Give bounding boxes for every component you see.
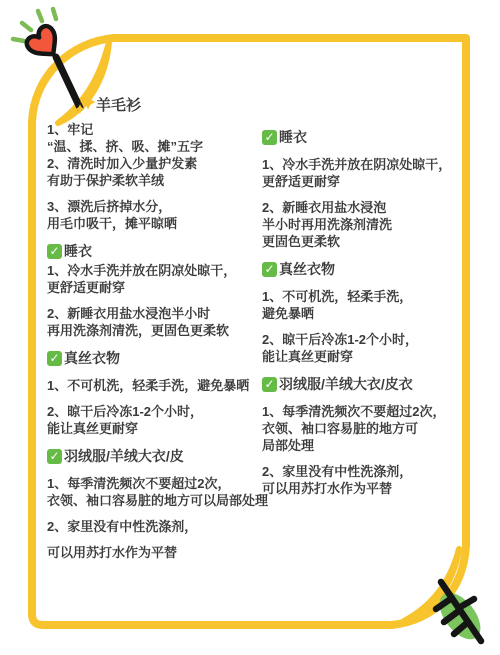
check-icon: ✓ — [47, 244, 62, 259]
section-label: 真丝衣物 — [279, 259, 335, 279]
care-tip-item: 1、冷水手洗并放在阴凉处晾干，更舒适更耐穿 — [262, 156, 467, 190]
tip-line: 半小时再用洗涤剂清洗 — [262, 216, 467, 233]
check-icon: ✓ — [262, 262, 277, 277]
section-heading: ✓睡衣 — [262, 127, 467, 147]
care-tip-item: 1、不可机洗，轻柔手洗，避免暴晒 — [47, 377, 261, 394]
tip-line: 1、每季清洗频次不要超过2次， — [262, 403, 467, 420]
section-block: ✓真丝衣物 — [47, 348, 261, 368]
tip-line: 避免暴晒 — [262, 305, 467, 322]
section-block: ✓羽绒服/羊绒大衣/皮衣 — [262, 374, 467, 394]
tip-line: 2、清洗时加入少量护发素 — [47, 155, 261, 172]
section-label: 睡衣 — [279, 127, 307, 147]
care-tip-item: 可以用苏打水作为平替 — [47, 544, 261, 561]
tip-line: 1、不可机洗，轻柔手洗，避免暴晒 — [47, 377, 261, 394]
check-icon: ✓ — [47, 449, 62, 464]
care-note-card: 羊毛衫 1、牢记“温、揉、挤、吸、摊”五字2、清洗时加入少量护发素有助于保护柔软… — [0, 0, 500, 655]
section-block: ✓睡衣1、冷水手洗并放在阴凉处晾干，更舒适更耐穿 — [47, 241, 261, 296]
care-tip-item: 2、家里没有中性洗涤剂， — [47, 518, 261, 535]
page-title: 羊毛衫 — [77, 94, 141, 115]
leaf-branch-icon — [432, 582, 489, 647]
tip-line: 能让真丝更耐穿 — [262, 348, 467, 365]
tip-line: 2、新睡衣用盐水浸泡半小时 — [47, 305, 261, 322]
tip-line: 2、家里没有中性洗涤剂， — [47, 518, 261, 535]
care-tip-item: 1、牢记“温、揉、挤、吸、摊”五字2、清洗时加入少量护发素有助于保护柔软羊绒 — [47, 121, 261, 189]
section-block: ✓羽绒服/羊绒大衣/皮 — [47, 446, 261, 466]
check-icon: ✓ — [262, 377, 277, 392]
sparkle-dashes — [13, 9, 56, 41]
section-label: 真丝衣物 — [64, 348, 120, 368]
tip-line: 可以用苏打水作为平替 — [47, 544, 261, 561]
heart-cursor-icon — [13, 9, 80, 108]
section-heading: ✓睡衣 — [47, 241, 261, 261]
section-heading: ✓真丝衣物 — [262, 259, 467, 279]
care-tip-item: 2、新睡衣用盐水浸泡半小时再用洗涤剂清洗，更固色更柔软 — [47, 305, 261, 339]
care-tip-item: 1、每季清洗频次不要超过2次，衣领、袖口容易脏的地方可局部处理 — [262, 403, 467, 454]
tip-line: 1、冷水手洗并放在阴凉处晾干， — [47, 262, 261, 279]
tip-line: 更固色更柔软 — [262, 233, 467, 250]
section-heading: ✓真丝衣物 — [47, 348, 261, 368]
tip-line: 再用洗涤剂清洗，更固色更柔软 — [47, 322, 261, 339]
page-title-text: 羊毛衫 — [96, 94, 141, 115]
section-block: ✓真丝衣物 — [262, 259, 467, 279]
tip-line: 2、晾干后冷冻1-2个小时， — [262, 331, 467, 348]
section-heading: ✓羽绒服/羊绒大衣/皮 — [47, 446, 261, 466]
section-heading: ✓羽绒服/羊绒大衣/皮衣 — [262, 374, 467, 394]
tip-line: 衣领、袖口容易脏的地方可以局部处理 — [47, 492, 261, 509]
tips-column-right: ✓睡衣1、冷水手洗并放在阴凉处晾干，更舒适更耐穿2、新睡衣用盐水浸泡半小时再用洗… — [262, 127, 467, 506]
tips-column-left: 1、牢记“温、揉、挤、吸、摊”五字2、清洗时加入少量护发素有助于保护柔软羊绒3、… — [47, 121, 261, 570]
check-icon: ✓ — [262, 130, 277, 145]
tip-line: 1、冷水手洗并放在阴凉处晾干， — [262, 156, 467, 173]
care-tip-item: 1、不可机洗，轻柔手洗，避免暴晒 — [262, 288, 467, 322]
tip-line: 1、牢记 — [47, 121, 261, 138]
tip-line: 衣领、袖口容易脏的地方可 — [262, 420, 467, 437]
tip-line: 可以用苏打水作为平替 — [262, 480, 467, 497]
care-tip-item: 3、漂洗后挤掉水分，用毛巾吸干，摊平晾晒 — [47, 198, 261, 232]
section-block: ✓睡衣 — [262, 127, 467, 147]
tip-line: 更舒适更耐穿 — [47, 279, 261, 296]
tip-line: 1、不可机洗，轻柔手洗， — [262, 288, 467, 305]
check-icon: ✓ — [47, 351, 62, 366]
section-label: 羽绒服/羊绒大衣/皮 — [64, 446, 184, 466]
sparkles-icon-spacer — [77, 96, 95, 114]
tip-line: 2、家里没有中性洗涤剂， — [262, 463, 467, 480]
tip-line: 局部处理 — [262, 437, 467, 454]
care-tip-item: 2、新睡衣用盐水浸泡半小时再用洗涤剂清洗更固色更柔软 — [262, 199, 467, 250]
section-label: 羽绒服/羊绒大衣/皮衣 — [279, 374, 413, 394]
care-tip-item: 2、晾干后冷冻1-2个小时，能让真丝更耐穿 — [262, 331, 467, 365]
section-label: 睡衣 — [64, 241, 92, 261]
tip-line: 有助于保护柔软羊绒 — [47, 172, 261, 189]
tip-line: 3、漂洗后挤掉水分， — [47, 198, 261, 215]
tip-line: 能让真丝更耐穿 — [47, 420, 261, 437]
tip-line: 更舒适更耐穿 — [262, 173, 467, 190]
tip-line: “温、揉、挤、吸、摊”五字 — [47, 138, 261, 155]
tip-line: 2、晾干后冷冻1-2个小时， — [47, 403, 261, 420]
care-tip-item: 2、晾干后冷冻1-2个小时，能让真丝更耐穿 — [47, 403, 261, 437]
care-tip-item: 1、每季清洗频次不要超过2次，衣领、袖口容易脏的地方可以局部处理 — [47, 475, 261, 509]
care-tip-item: 2、家里没有中性洗涤剂，可以用苏打水作为平替 — [262, 463, 467, 497]
tip-line: 2、新睡衣用盐水浸泡 — [262, 199, 467, 216]
tip-line: 用毛巾吸干，摊平晾晒 — [47, 215, 261, 232]
tip-line: 1、每季清洗频次不要超过2次， — [47, 475, 261, 492]
